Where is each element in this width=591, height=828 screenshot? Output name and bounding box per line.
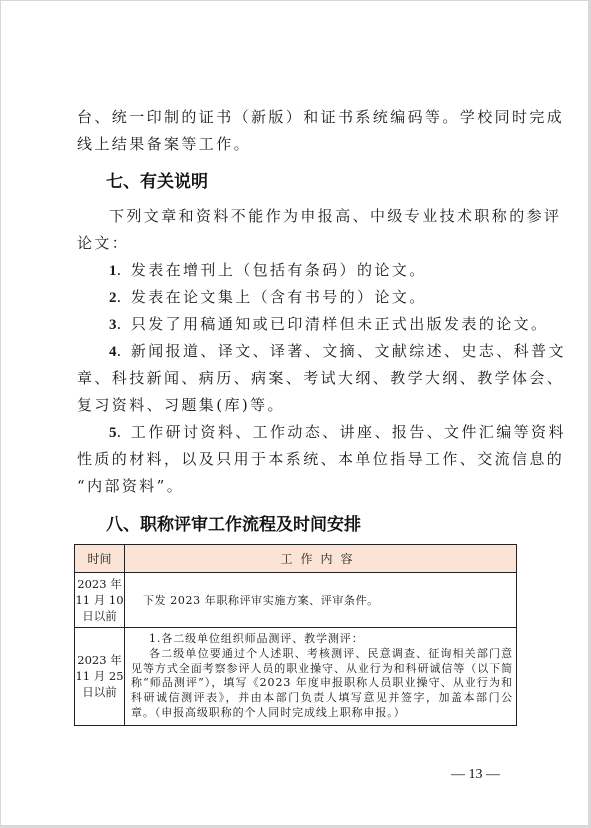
header-time: 时间 [75,545,125,573]
time-line: 日以前 [75,684,124,700]
list-item-4-cont: 章、科技新闻、病历、病案、考试大纲、教学大纲、教学体会、 [77,369,564,387]
content-cell: 1.各二级单位组织师品测评、教学测评： 各二级单位要通过个人述职、考核测评、民意… [125,628,517,726]
time-line: 2023 年 [75,652,124,668]
content-text: 下发 2023 年职称评审实施方案、评审条件。 [125,592,516,608]
content-title: 1.各二级单位组织师品测评、教学测评： [131,632,513,647]
paragraph-line: 线上结果备案等工作。 [77,135,251,153]
item-number: 5 [109,425,117,441]
time-line: 11 月 10 [75,592,124,608]
header-content: 工作内容 [125,545,517,573]
item-text: . 新闻报道、译文、译著、文摘、文献综述、史志、科普文 [117,342,566,360]
time-line: 日以前 [75,608,124,624]
list-item-3: 3. 只发了用稿通知或已印清样但未正式出版发表的论文。 [109,315,548,334]
item-number: 1 [109,263,117,279]
item-number: 4 [109,344,117,360]
item-text: . 只发了用稿通知或已印清样但未正式出版发表的论文。 [117,315,549,333]
item-text: . 发表在增刊上（包括有条码）的论文。 [117,261,427,279]
content-cell: 下发 2023 年职称评审实施方案、评审条件。 [125,573,517,628]
schedule-table: 时间 工作内容 2023 年 11 月 10 日以前 下发 2023 年职称评审… [74,544,517,726]
item-number: 3 [109,317,117,333]
table-row: 2023 年 11 月 10 日以前 下发 2023 年职称评审实施方案、评审条… [75,573,517,628]
section-heading-7: 七、有关说明 [106,172,208,192]
time-cell: 2023 年 11 月 25 日以前 [75,628,125,726]
document-page: 台、统一印制的证书（新版）和证书系统编码等。学校同时完成 线上结果备案等工作。 … [1,1,588,825]
intro-line: 论文： [77,234,129,252]
table-header-row: 时间 工作内容 [75,545,517,573]
content-body: 各二级单位要通过个人述职、考核测评、民意调查、征询相关部门意见等方式全面考察参评… [131,647,513,721]
time-line: 11 月 25 [75,668,124,684]
time-cell: 2023 年 11 月 10 日以前 [75,573,125,628]
page-number: — 13 — [451,767,500,783]
list-item-1: 1. 发表在增刊上（包括有条码）的论文。 [109,261,427,280]
item-text: . 工作研讨资料、工作动态、讲座、报告、文件汇编等资料 [117,423,566,441]
paragraph-line: 台、统一印制的证书（新版）和证书系统编码等。学校同时完成 [77,108,564,126]
list-item-4: 4. 新闻报道、译文、译著、文摘、文献综述、史志、科普文 [109,342,566,361]
content-block: 1.各二级单位组织师品测评、教学测评： 各二级单位要通过个人述职、考核测评、民意… [125,628,516,725]
list-item-4-cont: 复习资料、习题集(库)等。 [77,396,285,414]
item-number: 2 [109,290,117,306]
time-line: 2023 年 [75,576,124,592]
table-row: 2023 年 11 月 25 日以前 1.各二级单位组织师品测评、教学测评： 各… [75,628,517,726]
list-item-5-cont: “内部资料”。 [77,477,184,495]
intro-line: 下列文章和资料不能作为申报高、中级专业技术职称的参评 [109,207,561,225]
item-text: . 发表在论文集上（含有书号的）论文。 [117,288,427,306]
list-item-5: 5. 工作研讨资料、工作动态、讲座、报告、文件汇编等资料 [109,423,566,442]
section-heading-8: 八、职称评审工作流程及时间安排 [106,515,361,535]
list-item-5-cont: 性质的材料，以及只用于本系统、本单位指导工作、交流信息的 [77,450,564,468]
list-item-2: 2. 发表在论文集上（含有书号的）论文。 [109,288,427,307]
